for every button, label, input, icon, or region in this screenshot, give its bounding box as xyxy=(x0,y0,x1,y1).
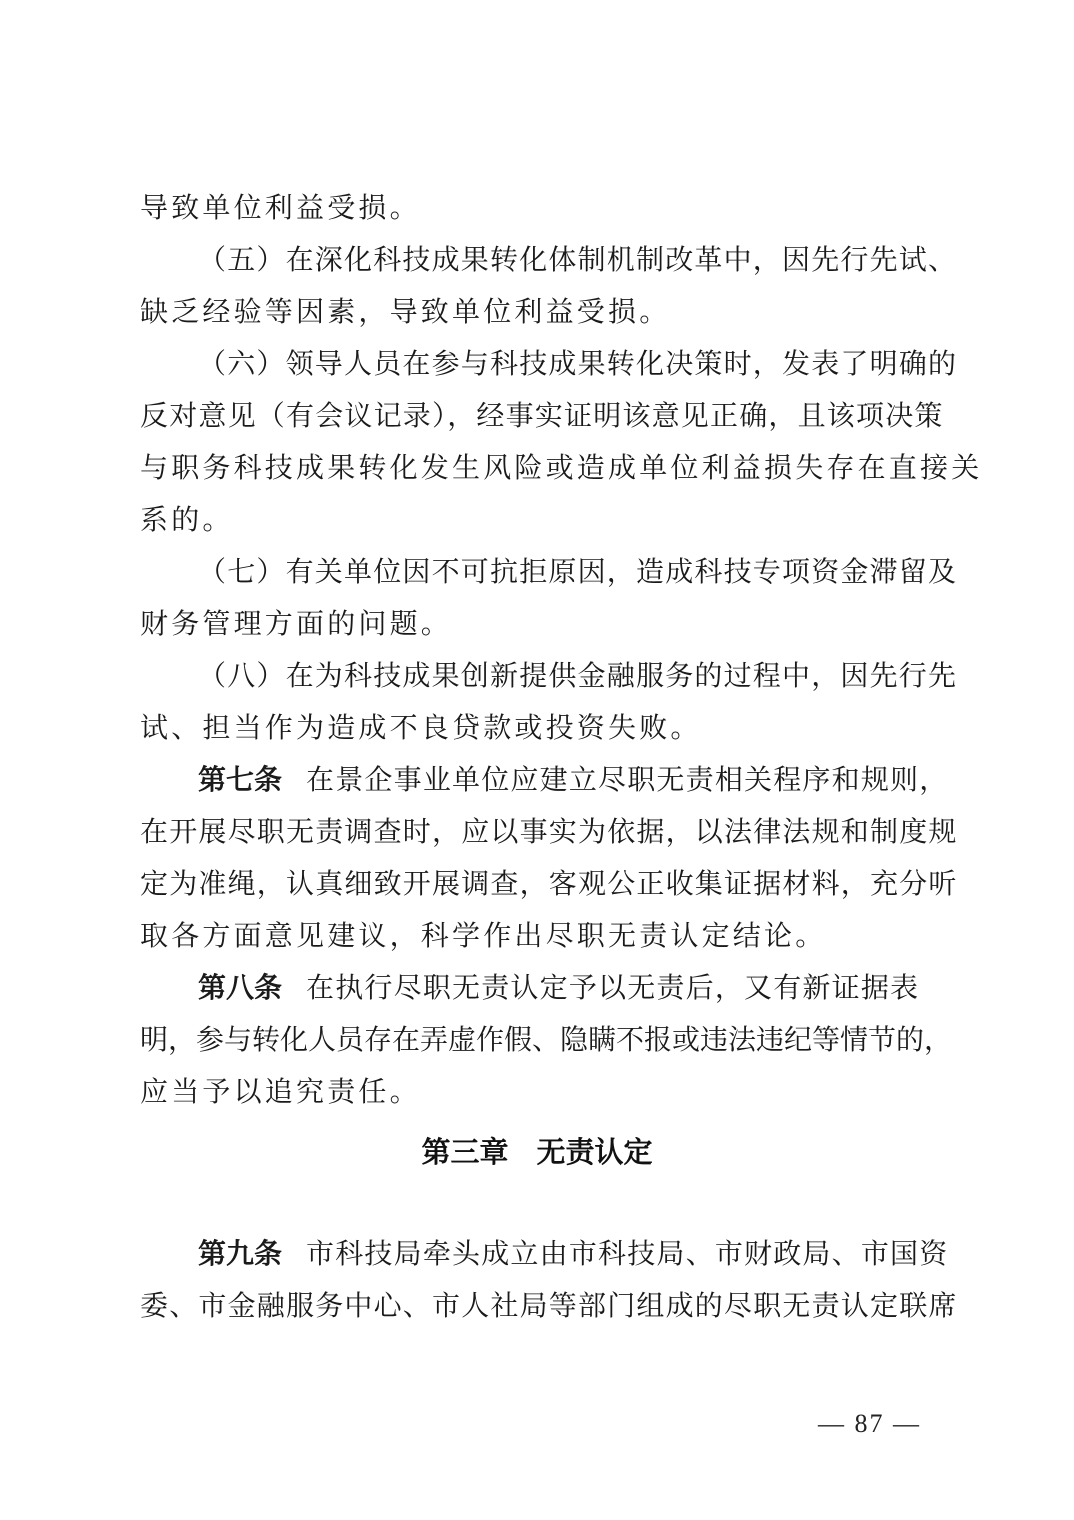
article-8-label: 第八条 xyxy=(198,971,282,1004)
chapter-number: 第三章 xyxy=(421,1135,508,1169)
article-9-label: 第九条 xyxy=(198,1237,282,1270)
page-number: — 87 — xyxy=(818,1408,921,1440)
article-9-line-1: 第九条市科技局牵头成立由市科技局、市财政局、市国资 xyxy=(198,1236,940,1272)
clause-7-line-1: （七）有关单位因不可抗拒原因，造成科技专项资金滞留及 xyxy=(198,554,940,590)
article-7-label: 第七条 xyxy=(198,763,282,796)
article-8-line-1: 第八条在执行尽职无责认定予以无责后，又有新证据表 xyxy=(198,970,940,1006)
clause-5-line-2: 缺乏经验等因素，导致单位利益受损。 xyxy=(140,294,940,330)
clause-7-line-2: 财务管理方面的问题。 xyxy=(140,606,940,642)
article-7-line-2: 在开展尽职无责调查时，应以事实为依据，以法律法规和制度规 xyxy=(140,814,940,850)
article-7-line-1: 第七条在景企事业单位应建立尽职无责相关程序和规则， xyxy=(198,762,940,798)
clause-6-line-3: 与职务科技成果转化发生风险或造成单位利益损失存在直接关 xyxy=(140,450,940,486)
article-8-line-3: 应当予以追究责任。 xyxy=(140,1074,940,1110)
article-7-line-3: 定为准绳，认真细致开展调查，客观公正收集证据材料，充分听 xyxy=(140,866,940,902)
article-7-line-4: 取各方面意见建议，科学作出尽职无责认定结论。 xyxy=(140,918,940,954)
article-8-line-2: 明，参与转化人员存在弄虚作假、隐瞒不报或违法违纪等情节的， xyxy=(140,1022,940,1058)
clause-5-line-1: （五）在深化科技成果转化体制机制改革中，因先行先试、 xyxy=(198,242,940,278)
chapter-heading: 第三章无责认定 xyxy=(0,1134,1074,1170)
article-7-text: 在景企事业单位应建立尽职无责相关程序和规则， xyxy=(306,763,948,796)
chapter-title: 无责认定 xyxy=(537,1135,653,1169)
clause-8-line-1: （八）在为科技成果创新提供金融服务的过程中，因先行先 xyxy=(198,658,940,694)
document-page: 导致单位利益受损。 （五）在深化科技成果转化体制机制改革中，因先行先试、 缺乏经… xyxy=(0,0,1074,1520)
article-9-text: 市科技局牵头成立由市科技局、市财政局、市国资 xyxy=(306,1237,948,1270)
clause-6-line-4: 系的。 xyxy=(140,502,940,538)
clause-6-line-1: （六）领导人员在参与科技成果转化决策时，发表了明确的 xyxy=(198,346,940,382)
article-8-text: 在执行尽职无责认定予以无责后，又有新证据表 xyxy=(306,971,919,1004)
clause-6-line-2: 反对意见（有会议记录），经事实证明该意见正确，且该项决策 xyxy=(140,398,940,434)
clause-8-line-2: 试、担当作为造成不良贷款或投资失败。 xyxy=(140,710,940,746)
paragraph-line: 导致单位利益受损。 xyxy=(140,190,940,226)
article-9-line-2: 委、市金融服务中心、市人社局等部门组成的尽职无责认定联席 xyxy=(140,1288,940,1324)
